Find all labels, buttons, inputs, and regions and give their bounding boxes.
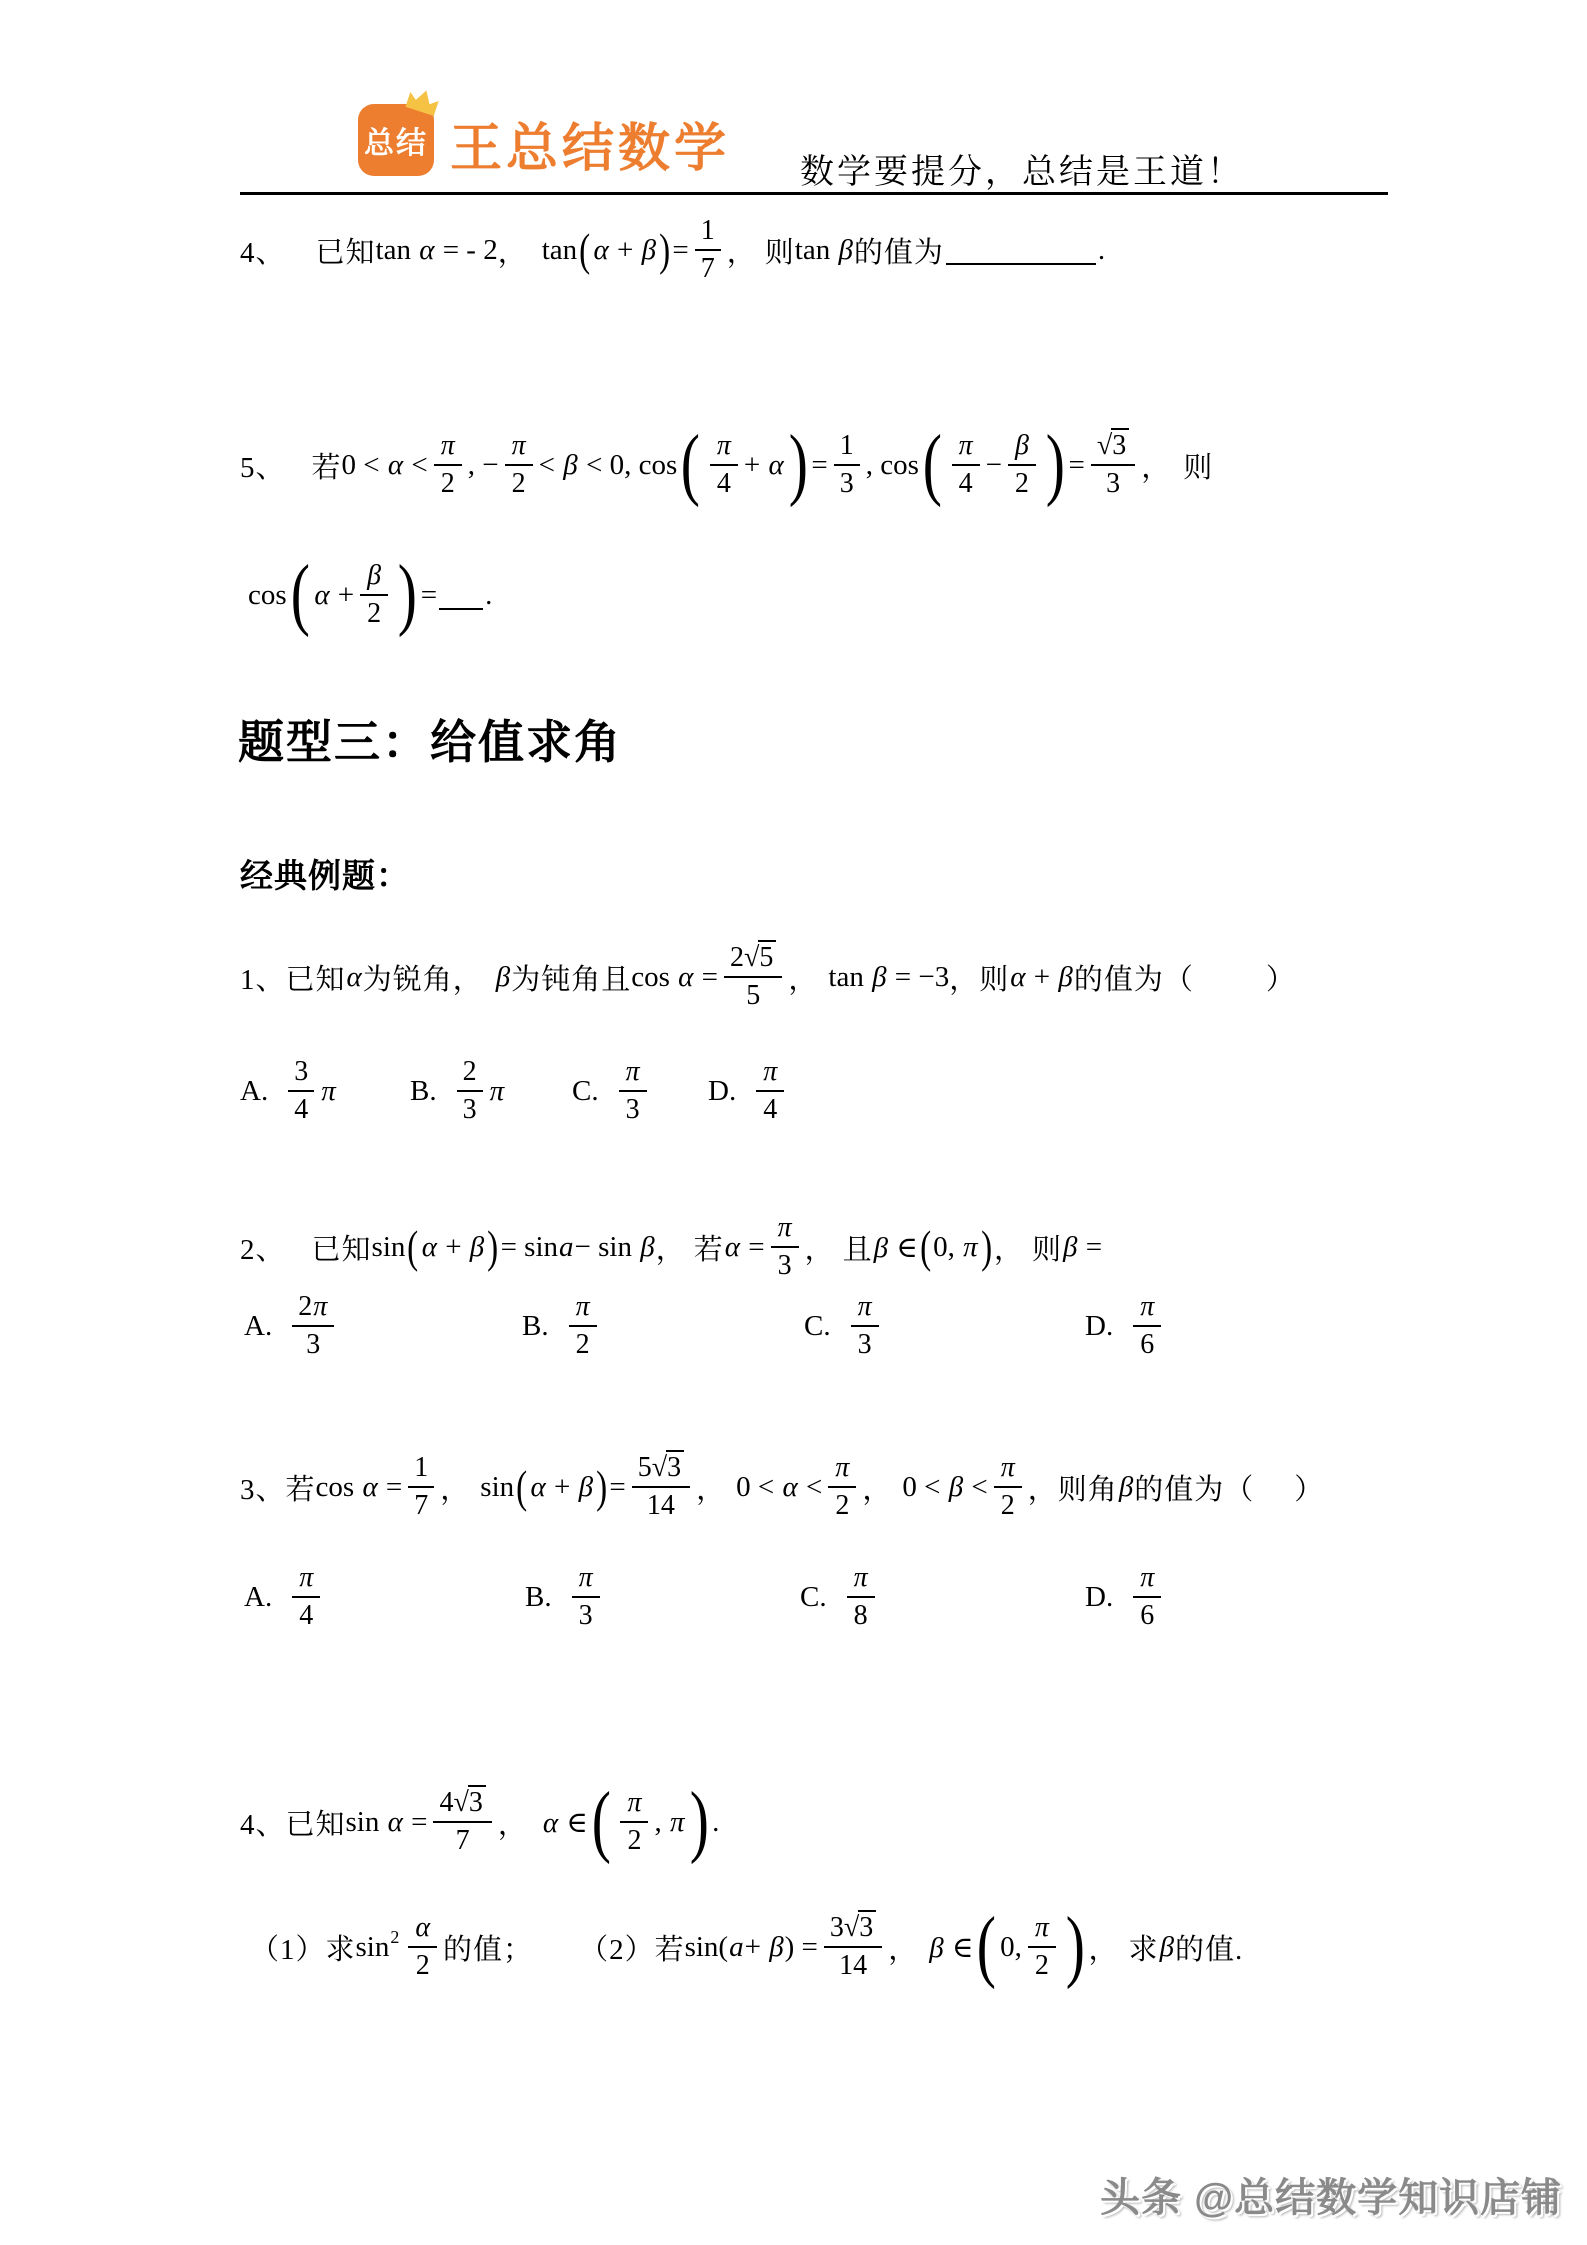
math-text-segment: π bbox=[489, 1075, 506, 1108]
open-paren: ( bbox=[516, 1468, 527, 1506]
fraction: π3 bbox=[619, 1056, 647, 1126]
option-label: D. bbox=[1085, 1581, 1113, 1614]
numerator: 1 bbox=[408, 1452, 434, 1488]
denominator: 5 bbox=[746, 978, 760, 1012]
numerator: 2 bbox=[457, 1056, 483, 1092]
option-C: C.π3 bbox=[572, 1041, 653, 1141]
fraction: 5√314 bbox=[632, 1452, 690, 1522]
denominator: 3 bbox=[626, 1092, 640, 1126]
option-label: B. bbox=[522, 1310, 549, 1343]
text-segment: ，则 bbox=[949, 957, 1009, 998]
numerator: π bbox=[1028, 1912, 1056, 1948]
math-text-segment: 0 < α < bbox=[342, 449, 428, 482]
option-label: C. bbox=[572, 1075, 599, 1108]
open-paren: ( bbox=[920, 1228, 931, 1266]
text-segment: ，则角 bbox=[1028, 1467, 1118, 1508]
problem-5-conditions: 5、若0 < α < π2, −π2 < β < 0, cos(π4 + α) … bbox=[240, 415, 1213, 515]
close-paren: ) bbox=[596, 1468, 607, 1506]
denominator: 3 bbox=[579, 1598, 593, 1632]
math-text-segment: = bbox=[811, 449, 827, 482]
math-text-segment: sin( bbox=[685, 1931, 729, 1964]
slogan-text: 数学要提分，总结是王道！ bbox=[800, 144, 1244, 193]
text-segment: ， bbox=[994, 1227, 1024, 1268]
fraction: π4 bbox=[756, 1056, 784, 1126]
text-segment: 4、 bbox=[240, 230, 286, 271]
numerator: π bbox=[847, 1562, 875, 1598]
numerator: π bbox=[994, 1452, 1022, 1488]
option-A: A.34π bbox=[240, 1041, 337, 1141]
example-4-statement: 4、已知sin α = 4√37，α ∈ (π2, π). bbox=[240, 1772, 719, 1872]
paren-group: (α + β2) bbox=[287, 560, 421, 630]
math-text-segment: sin bbox=[480, 1471, 514, 1504]
denominator: 2 bbox=[1015, 466, 1029, 500]
option-B: B.π3 bbox=[525, 1547, 606, 1647]
denominator: 2 bbox=[1035, 1948, 1049, 1982]
text-segment: ， bbox=[805, 1227, 835, 1268]
math-text-segment: cos α = bbox=[316, 1471, 403, 1504]
text-segment: 则 bbox=[1183, 445, 1213, 486]
fraction: √33 bbox=[1091, 430, 1135, 500]
numerator: 2π bbox=[292, 1291, 334, 1327]
math-text-segment: β = bbox=[1062, 1231, 1102, 1264]
text-segment: 4、已知 bbox=[240, 1802, 346, 1843]
paren-group: (α + β) bbox=[405, 1228, 500, 1266]
numerator: π bbox=[952, 430, 980, 466]
math-text-segment: , − bbox=[468, 449, 499, 482]
math-text-segment: α ∈ bbox=[542, 1805, 588, 1840]
fraction: β2 bbox=[1008, 430, 1036, 500]
text-segment: （1）求 bbox=[250, 1927, 356, 1968]
text-segment: 3、若 bbox=[240, 1467, 316, 1508]
denominator: 2 bbox=[367, 596, 381, 630]
close-paren: ) bbox=[659, 231, 670, 269]
denominator: 4 bbox=[294, 1092, 308, 1126]
text-segment: 的值为（ bbox=[1074, 957, 1194, 998]
math-text-segment: tan bbox=[542, 234, 577, 267]
fraction: π3 bbox=[771, 1212, 799, 1282]
close-paren: ) bbox=[1066, 1914, 1085, 1980]
numerator: π bbox=[292, 1562, 320, 1598]
numerator: 2√5 bbox=[724, 942, 782, 978]
denominator: 3 bbox=[306, 1327, 320, 1361]
denominator: 14 bbox=[647, 1488, 675, 1522]
numerator: 1 bbox=[834, 430, 860, 466]
math-text-segment: sin bbox=[356, 1931, 390, 1964]
math-text-segment: 0, π bbox=[933, 1231, 979, 1264]
option-label: A. bbox=[244, 1581, 272, 1614]
text-segment: 的值； bbox=[443, 1927, 533, 1968]
text-segment: 5、 bbox=[240, 445, 286, 486]
option-label: C. bbox=[804, 1310, 831, 1343]
watermark-text: 头条 @总结数学知识店铺 bbox=[1100, 2166, 1562, 2223]
math-text-segment: tan α = - 2 bbox=[376, 234, 498, 267]
example-1-statement: 1、已知α 为锐角，β 为钝角且cos α = 2√55，tan β = −3，… bbox=[240, 927, 1296, 1027]
option-label: B. bbox=[525, 1581, 552, 1614]
open-paren: ( bbox=[408, 1228, 419, 1266]
denominator: 8 bbox=[854, 1598, 868, 1632]
text-segment: 若 bbox=[312, 445, 342, 486]
math-variable: α bbox=[346, 961, 363, 994]
denominator: 6 bbox=[1140, 1598, 1154, 1632]
numerator: π bbox=[572, 1562, 600, 1598]
math-text-segment: 0, bbox=[1000, 1931, 1022, 1964]
numerator: π bbox=[1133, 1562, 1161, 1598]
numerator: π bbox=[434, 430, 462, 466]
math-text-segment: . bbox=[712, 1806, 719, 1839]
fraction: 4√37 bbox=[433, 1787, 491, 1857]
math-text-segment: sin bbox=[372, 1231, 406, 1264]
numerator: π bbox=[771, 1212, 799, 1248]
math-text-segment: α + bbox=[313, 579, 354, 612]
option-D: D.π6 bbox=[1085, 1276, 1167, 1376]
fraction: π8 bbox=[847, 1562, 875, 1632]
numerator: π bbox=[828, 1452, 856, 1488]
radical: √3 bbox=[1097, 430, 1129, 461]
paren-group: (α + β) bbox=[577, 231, 672, 269]
math-text-segment: α + β bbox=[529, 1471, 594, 1504]
fraction: 13 bbox=[834, 430, 860, 500]
denominator: 14 bbox=[839, 1948, 867, 1982]
math-text-segment: π bbox=[320, 1075, 337, 1108]
option-B: B.23π bbox=[410, 1041, 505, 1141]
option-A: A.π4 bbox=[244, 1547, 326, 1647]
text-segment: 1、已知 bbox=[240, 957, 346, 998]
denominator: 3 bbox=[1106, 466, 1120, 500]
numerator: 5√3 bbox=[632, 1452, 690, 1488]
denominator: 4 bbox=[717, 466, 731, 500]
math-variable: β bbox=[1159, 1931, 1175, 1964]
denominator: 3 bbox=[858, 1327, 872, 1361]
fraction: α2 bbox=[408, 1912, 437, 1982]
open-paren: ( bbox=[977, 1914, 996, 1980]
close-paren: ) bbox=[487, 1228, 498, 1266]
answer-blank bbox=[946, 235, 1096, 265]
paren-group: (α + β) bbox=[514, 1468, 609, 1506]
math-text-segment: = bbox=[672, 234, 688, 267]
text-segment: 则 bbox=[765, 230, 795, 271]
option-label: D. bbox=[1085, 1310, 1113, 1343]
math-text-segment: α + β bbox=[421, 1231, 486, 1264]
subheading-classic-examples: 经典例题： bbox=[240, 850, 410, 897]
math-text-segment: + β) = bbox=[745, 1931, 818, 1964]
option-label: A. bbox=[240, 1075, 268, 1108]
text-segment: ， bbox=[862, 1467, 892, 1508]
text-segment: ， bbox=[656, 1227, 686, 1268]
fraction: 2π3 bbox=[292, 1291, 334, 1361]
close-paren: ) bbox=[981, 1228, 992, 1266]
fraction: π2 bbox=[569, 1291, 597, 1361]
denominator: 2 bbox=[835, 1488, 849, 1522]
denominator: 2 bbox=[416, 1948, 430, 1982]
radical: √3 bbox=[844, 1912, 876, 1943]
math-variable: β bbox=[1118, 1471, 1134, 1504]
text-segment: ， bbox=[1089, 1927, 1119, 1968]
numerator: π bbox=[505, 430, 533, 466]
fraction: π2 bbox=[505, 430, 533, 500]
option-label: D. bbox=[708, 1075, 736, 1108]
logo-badge: 总结 bbox=[358, 104, 434, 176]
denominator: 7 bbox=[414, 1488, 428, 1522]
fraction: π2 bbox=[620, 1787, 648, 1857]
math-text-segment: α + β bbox=[593, 234, 658, 267]
text-segment: 且 bbox=[843, 1227, 873, 1268]
fraction: π3 bbox=[851, 1291, 879, 1361]
text-segment: 的值为（ bbox=[1134, 1467, 1254, 1508]
radical: √3 bbox=[453, 1787, 485, 1818]
numerator: π bbox=[710, 430, 738, 466]
option-C: C.π3 bbox=[804, 1276, 885, 1376]
math-text-segment: . bbox=[1098, 234, 1105, 267]
math-text-segment: + α bbox=[744, 449, 785, 482]
denominator: 2 bbox=[1001, 1488, 1015, 1522]
numerator: π bbox=[756, 1056, 784, 1092]
fraction: 17 bbox=[695, 215, 721, 285]
example-2-options: A.2π3B.π2C.π3D.π6 bbox=[0, 1276, 1587, 1376]
math-text-segment: = bbox=[1069, 449, 1085, 482]
fraction: π4 bbox=[292, 1562, 320, 1632]
numerator: 1 bbox=[695, 215, 721, 251]
radical: √3 bbox=[652, 1452, 684, 1483]
paren-group: (0, π) bbox=[918, 1228, 994, 1266]
problem-4-tan-values: 4、已知tan α = - 2，tan(α + β) = 17，则tan β 的… bbox=[240, 200, 1105, 300]
numerator: 3√3 bbox=[824, 1912, 882, 1948]
math-text-segment: β ∈ bbox=[928, 1930, 973, 1965]
open-paren: ( bbox=[592, 1789, 611, 1855]
math-text-segment: tan β bbox=[795, 234, 854, 267]
option-label: B. bbox=[410, 1075, 437, 1108]
math-text-segment: = bbox=[609, 1471, 625, 1504]
fraction: 2√55 bbox=[724, 942, 782, 1012]
fraction: 34 bbox=[288, 1056, 314, 1126]
fraction: 17 bbox=[408, 1452, 434, 1522]
answer-blank bbox=[439, 580, 483, 610]
math-text-segment: = bbox=[421, 579, 437, 612]
option-label: C. bbox=[800, 1581, 827, 1614]
text-segment: ， bbox=[888, 1927, 918, 1968]
denominator: 4 bbox=[299, 1598, 313, 1632]
math-text-segment: sin α = bbox=[346, 1806, 428, 1839]
fraction: π2 bbox=[434, 430, 462, 500]
text-segment: ） bbox=[1266, 957, 1296, 998]
header-divider bbox=[240, 192, 1388, 195]
denominator: 7 bbox=[701, 251, 715, 285]
fraction: π4 bbox=[710, 430, 738, 500]
logo-badge-text: 总结 bbox=[364, 118, 428, 162]
text-segment: ， bbox=[727, 230, 757, 271]
denominator: 4 bbox=[959, 466, 973, 500]
numerator: α bbox=[408, 1912, 437, 1948]
text-segment: （2）若 bbox=[579, 1927, 685, 1968]
section-heading-type-three: 题型三：给值求角 bbox=[238, 706, 622, 772]
math-text-segment: α + β bbox=[1009, 961, 1074, 994]
fraction: π2 bbox=[828, 1452, 856, 1522]
radical: √5 bbox=[744, 942, 776, 973]
math-variable: a bbox=[728, 1931, 745, 1964]
math-text-segment: α = bbox=[724, 1231, 765, 1264]
math-text-segment: = sin bbox=[501, 1231, 558, 1264]
fraction: π2 bbox=[994, 1452, 1022, 1522]
close-paren: ) bbox=[1046, 432, 1065, 498]
text-segment: 已知 bbox=[312, 1227, 372, 1268]
brand-name: 王总结数学 bbox=[450, 106, 730, 181]
text-segment: 若 bbox=[694, 1227, 724, 1268]
numerator: β bbox=[1008, 430, 1036, 466]
option-A: A.2π3 bbox=[244, 1276, 340, 1376]
close-paren: ) bbox=[788, 432, 807, 498]
math-text-segment: cos bbox=[248, 579, 287, 612]
fraction: π6 bbox=[1133, 1291, 1161, 1361]
text-segment: 的值为 bbox=[854, 230, 944, 271]
example-1-options: A.34πB.23πC.π3D.π4 bbox=[0, 1041, 1587, 1141]
text-segment: ， bbox=[498, 1802, 528, 1843]
example-3-options: A.π4B.π3C.π8D.π6 bbox=[0, 1547, 1587, 1647]
denominator: 2 bbox=[627, 1823, 641, 1857]
open-paren: ( bbox=[290, 562, 309, 628]
math-text-segment: , cos bbox=[866, 449, 919, 482]
fraction: π3 bbox=[572, 1562, 600, 1632]
denominator: 6 bbox=[1140, 1327, 1154, 1361]
text-segment: 2、 bbox=[240, 1227, 286, 1268]
paren-group: (π2, π) bbox=[588, 1787, 712, 1857]
math-text-segment: 0 < β < bbox=[902, 1471, 987, 1504]
denominator: 2 bbox=[441, 466, 455, 500]
denominator: 3 bbox=[463, 1092, 477, 1126]
math-text-segment: , π bbox=[654, 1806, 685, 1839]
fraction: π2 bbox=[1028, 1912, 1056, 1982]
math-text-segment: 0 < α < bbox=[736, 1471, 822, 1504]
example-4-parts: （1）求sin2α2 的值；（2）若sin(a + β) = 3√314，β ∈… bbox=[250, 1897, 1243, 1997]
numerator: √3 bbox=[1091, 430, 1135, 466]
math-text-segment: − sin β bbox=[575, 1231, 656, 1264]
text-segment: 则 bbox=[1032, 1227, 1062, 1268]
denominator: 2 bbox=[576, 1327, 590, 1361]
text-segment: ， bbox=[1141, 445, 1171, 486]
crown-icon bbox=[405, 86, 440, 116]
close-paren: ) bbox=[689, 1789, 708, 1855]
numerator: 3 bbox=[288, 1056, 314, 1092]
option-B: B.π2 bbox=[522, 1276, 603, 1376]
text-segment: ， bbox=[788, 957, 818, 998]
example-3-statement: 3、若cos α = 17，sin(α + β) = 5√314，0 < α <… bbox=[240, 1437, 1324, 1537]
denominator: 2 bbox=[512, 466, 526, 500]
math-text-segment: cos α = bbox=[631, 961, 718, 994]
superscript: 2 bbox=[389, 1927, 400, 1948]
open-paren: ( bbox=[681, 432, 700, 498]
problem-5-question: cos(α + β2) = . bbox=[248, 545, 492, 645]
numerator: β bbox=[360, 560, 388, 596]
math-text-segment: − bbox=[986, 449, 1002, 482]
numerator: π bbox=[1133, 1291, 1161, 1327]
denominator: 7 bbox=[456, 1823, 470, 1857]
text-segment: ， bbox=[696, 1467, 726, 1508]
math-text-segment: tan β = −3 bbox=[828, 961, 949, 994]
fraction: β2 bbox=[360, 560, 388, 630]
fraction: 3√314 bbox=[824, 1912, 882, 1982]
denominator: 3 bbox=[840, 466, 854, 500]
math-text-segment: β ∈ bbox=[873, 1230, 918, 1265]
math-text-segment: . bbox=[485, 579, 492, 612]
text-segment: 求 bbox=[1129, 1927, 1159, 1968]
option-label: A. bbox=[244, 1310, 272, 1343]
close-paren: ) bbox=[398, 562, 417, 628]
option-C: C.π8 bbox=[800, 1547, 881, 1647]
worksheet-page: 总结 王总结数学 数学要提分，总结是王道！ 4、已知tan α = - 2，ta… bbox=[0, 0, 1587, 2245]
numerator: π bbox=[851, 1291, 879, 1327]
numerator: π bbox=[569, 1291, 597, 1327]
paren-group: (0, π2) bbox=[973, 1912, 1088, 1982]
numerator: π bbox=[620, 1787, 648, 1823]
option-D: D.π6 bbox=[1085, 1547, 1167, 1647]
open-paren: ( bbox=[579, 231, 590, 269]
numerator: 4√3 bbox=[433, 1787, 491, 1823]
text-segment: 已知 bbox=[316, 230, 376, 271]
text-segment: ） bbox=[1294, 1467, 1324, 1508]
fraction: π6 bbox=[1133, 1562, 1161, 1632]
option-D: D.π4 bbox=[708, 1041, 790, 1141]
text-segment: ， bbox=[498, 230, 528, 271]
text-segment: 的值. bbox=[1175, 1927, 1243, 1968]
text-segment: ， bbox=[440, 1467, 470, 1508]
fraction: π4 bbox=[952, 430, 980, 500]
math-variable: β bbox=[495, 961, 511, 994]
text-segment: 为钝角且 bbox=[511, 957, 631, 998]
denominator: 4 bbox=[763, 1092, 777, 1126]
fraction: 23 bbox=[457, 1056, 483, 1126]
numerator: π bbox=[619, 1056, 647, 1092]
paren-group: (π4 + α) bbox=[677, 430, 811, 500]
math-variable: a bbox=[558, 1231, 575, 1264]
open-paren: ( bbox=[923, 432, 942, 498]
text-segment: 为锐角， bbox=[363, 957, 483, 998]
paren-group: (π4 − β2) bbox=[919, 430, 1069, 500]
math-text-segment: < β < 0, cos bbox=[539, 449, 678, 482]
